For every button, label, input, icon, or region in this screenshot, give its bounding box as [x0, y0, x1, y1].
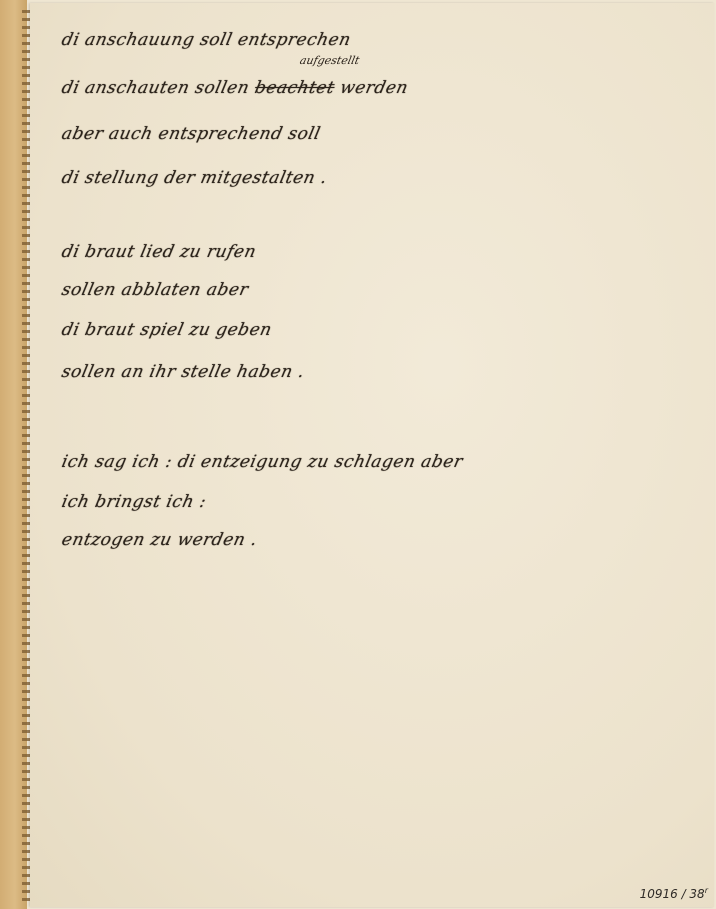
shelfmark-number: 10916 / 38	[640, 887, 705, 901]
binding-stitches	[22, 10, 30, 905]
handwritten-line: di stellung der mitgestalten .	[60, 168, 329, 188]
handwritten-line: ich bringst ich :	[60, 492, 208, 512]
shelfmark-recto: r	[705, 886, 708, 895]
line-text: werden	[332, 78, 410, 98]
handwritten-line-with-correction: di anschauten sollen beachtet werden	[60, 78, 410, 98]
handwritten-line: aber auch entsprechend soll	[60, 124, 323, 144]
handwritten-line: ich sag ich : di entzeigung zu schlagen …	[60, 452, 465, 472]
handwritten-line: di anschauung soll entsprechen	[60, 30, 353, 50]
shelfmark: 10916 / 38r	[640, 886, 708, 901]
handwritten-line: sollen abblaten aber	[60, 280, 250, 300]
line-text: di anschauten sollen	[60, 78, 257, 98]
struck-word: beachtet	[253, 78, 337, 98]
interlinear-insertion: aufgestellt	[299, 54, 361, 67]
handwritten-line: entzogen zu werden .	[60, 530, 259, 550]
handwritten-line: sollen an ihr stelle haben .	[60, 362, 307, 382]
handwritten-line: di braut lied zu rufen	[60, 242, 258, 262]
handwritten-line: di braut spiel zu geben	[60, 320, 274, 340]
